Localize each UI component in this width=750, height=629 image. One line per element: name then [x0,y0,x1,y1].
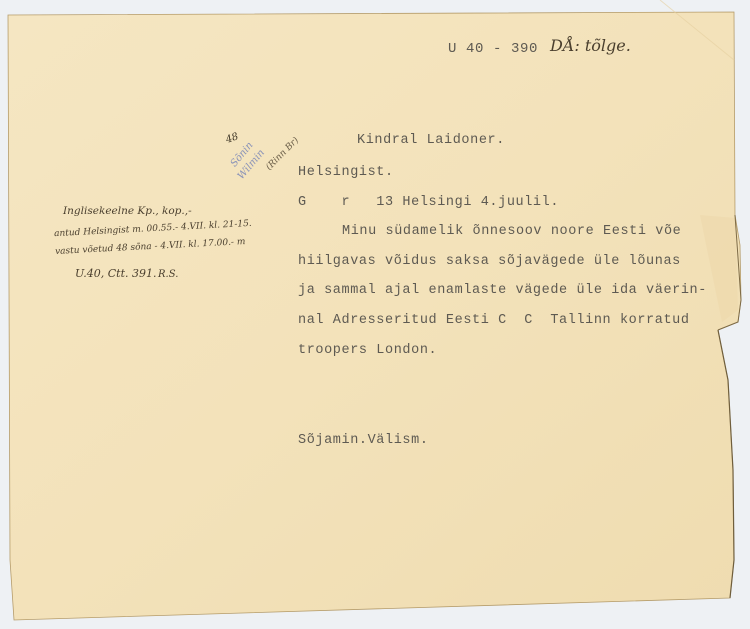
signature-line: Sõjamin.Välism. [298,434,429,448]
reference-number: U 40 - 390 [448,42,538,56]
body-line: troopers London. [298,344,437,358]
margin-note-line: Inglisekeelne Kp., kop.,- [63,206,192,217]
body-line: ja sammal ajal enamlaste vägede üle ida … [298,284,707,298]
body-line: Minu südamelik õnnesoov noore Eesti võe [342,225,681,239]
document-paper: U 40 - 390 DÅ: tõlge. 48 Sõnin Wilmin (R… [0,0,750,629]
body-line: hiilgavas võidus saksa sõjavägede üle lõ… [298,255,681,269]
recipient-line: Kindral Laidoner. [357,134,505,148]
telegram-header-line: G r 13 Helsingi 4.juulil. [298,196,559,210]
margin-note-initials: R.S. [158,270,178,280]
reference-handwritten-note: DÅ: tõlge. [550,38,631,54]
body-line: nal Adresseritud Eesti C C Tallinn korra… [298,314,690,328]
origin-line: Helsingist. [298,166,394,180]
margin-note-line: U.40, Ctt. 391. [75,268,157,279]
